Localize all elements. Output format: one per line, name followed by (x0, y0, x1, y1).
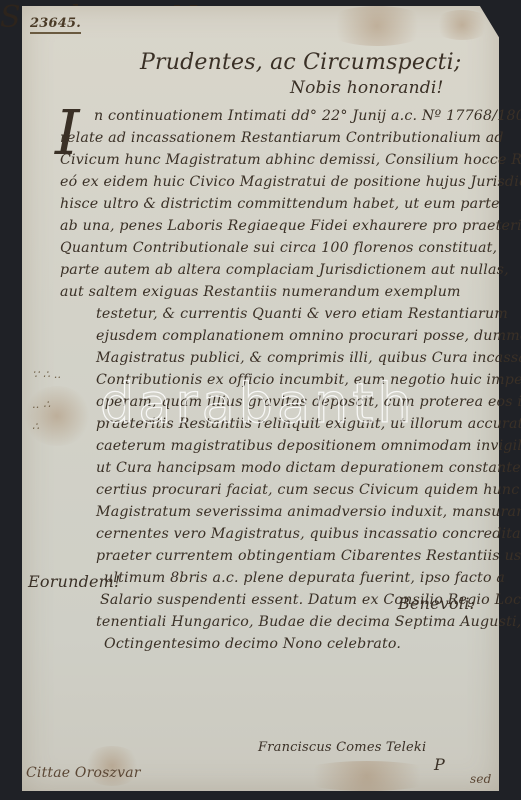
reference-number: 23645. (30, 16, 81, 34)
countersignature: Franciscus Comes Teleki (258, 740, 426, 755)
body-line: hisce ultro & districtim committendum ha… (60, 196, 500, 212)
body-line: Magistratus publici, & comprimis illi, q… (96, 350, 521, 366)
body-line: ut Cura hancipsam modo dictam depuration… (96, 460, 521, 476)
ink-stain (322, 6, 432, 46)
body-line: ultimum 8bris a.c. plene depurata fuerin… (104, 570, 505, 586)
body-line: n continuationem Intimati dd° 22° Junij … (94, 108, 521, 124)
body-line: eó ex eidem huic Civico Magistratui de p… (60, 174, 521, 190)
body-line: Quantum Contributionale sui circa 100 fl… (60, 240, 497, 256)
closing-left: Eorundem! (28, 572, 121, 591)
body-line: caeterum magistratibus depositionem omni… (96, 438, 521, 454)
body-line: Magistratum severissima animadversio ind… (96, 504, 521, 520)
margin-note: ∵ ∴ ‥ (32, 368, 61, 381)
salutation-line-2: Nobis honorandi! (290, 78, 444, 98)
body-line: testetur, & currentis Quanti & vero etia… (96, 306, 508, 322)
margin-note: ‥ ∴ (32, 398, 50, 411)
ink-stain (22, 386, 92, 446)
closing-right: Benevoli: (398, 594, 475, 613)
body-line: certius procurari faciat, cum secus Civi… (96, 482, 519, 498)
ink-stain (292, 761, 442, 791)
body-line: ejusdem complanationem omnino procurari … (96, 328, 521, 344)
body-line: Octingentesimo decimo Nono celebrato. (104, 636, 401, 652)
body-line: aut saltem exiguas Restantiis numerandum… (60, 284, 461, 300)
body-line: Civicum hunc Magistratum abhinc demissi,… (60, 152, 521, 168)
salutation-line-1: Prudentes, ac Circumspecti; (140, 50, 461, 75)
watermark: darabanth (100, 372, 416, 435)
margin-note: ∴ (32, 420, 39, 433)
ink-stain (432, 10, 492, 40)
body-line: relate ad incassationem Restantiarum Con… (60, 130, 504, 146)
footnote-right: sed (470, 772, 492, 786)
body-line: ab una, penes Laboris Regiaeque Fidei ex… (60, 218, 521, 234)
footnote-left: Cittae Oroszvar (26, 765, 141, 781)
body-line: praeter currentem obtingentiam Cibarente… (96, 548, 521, 564)
body-line: cernentes vero Magistratus, quibus incas… (96, 526, 521, 542)
countersignature-mark: P (434, 755, 445, 774)
body-line: parte autem ab altera complaciam Jurisdi… (60, 262, 509, 278)
body-line: tenentiali Hungarico, Budae die decima S… (96, 614, 521, 630)
